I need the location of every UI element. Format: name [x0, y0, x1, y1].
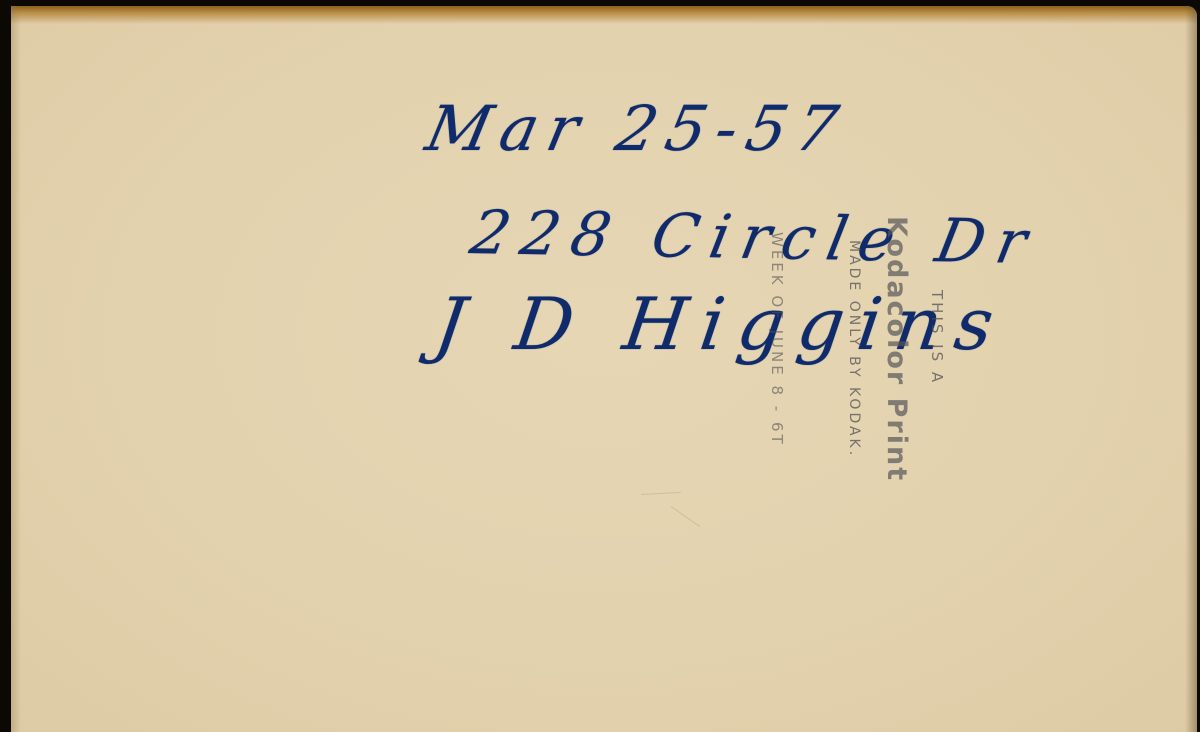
scanned-photo-back: Mar 25-57 228 Circle Dr J D Higgins THIS… [0, 0, 1200, 732]
stamp-line-kodacolor-print: Kodacolor Print [881, 216, 912, 482]
paper-scratch [641, 492, 681, 495]
stamp-line-week-date: WEEK OF JUNE 8 - 6T [768, 232, 786, 447]
handwritten-date: Mar 25-57 [420, 92, 854, 165]
handwritten-address: 228 Circle Dr [465, 198, 1044, 278]
paper-scratch [671, 506, 700, 527]
handwritten-name: J D Higgins [430, 282, 1013, 366]
stamp-line-this-is-a: THIS IS A [928, 290, 946, 385]
stamp-line-made-by-kodak: MADE ONLY BY KODAK. [846, 240, 862, 458]
